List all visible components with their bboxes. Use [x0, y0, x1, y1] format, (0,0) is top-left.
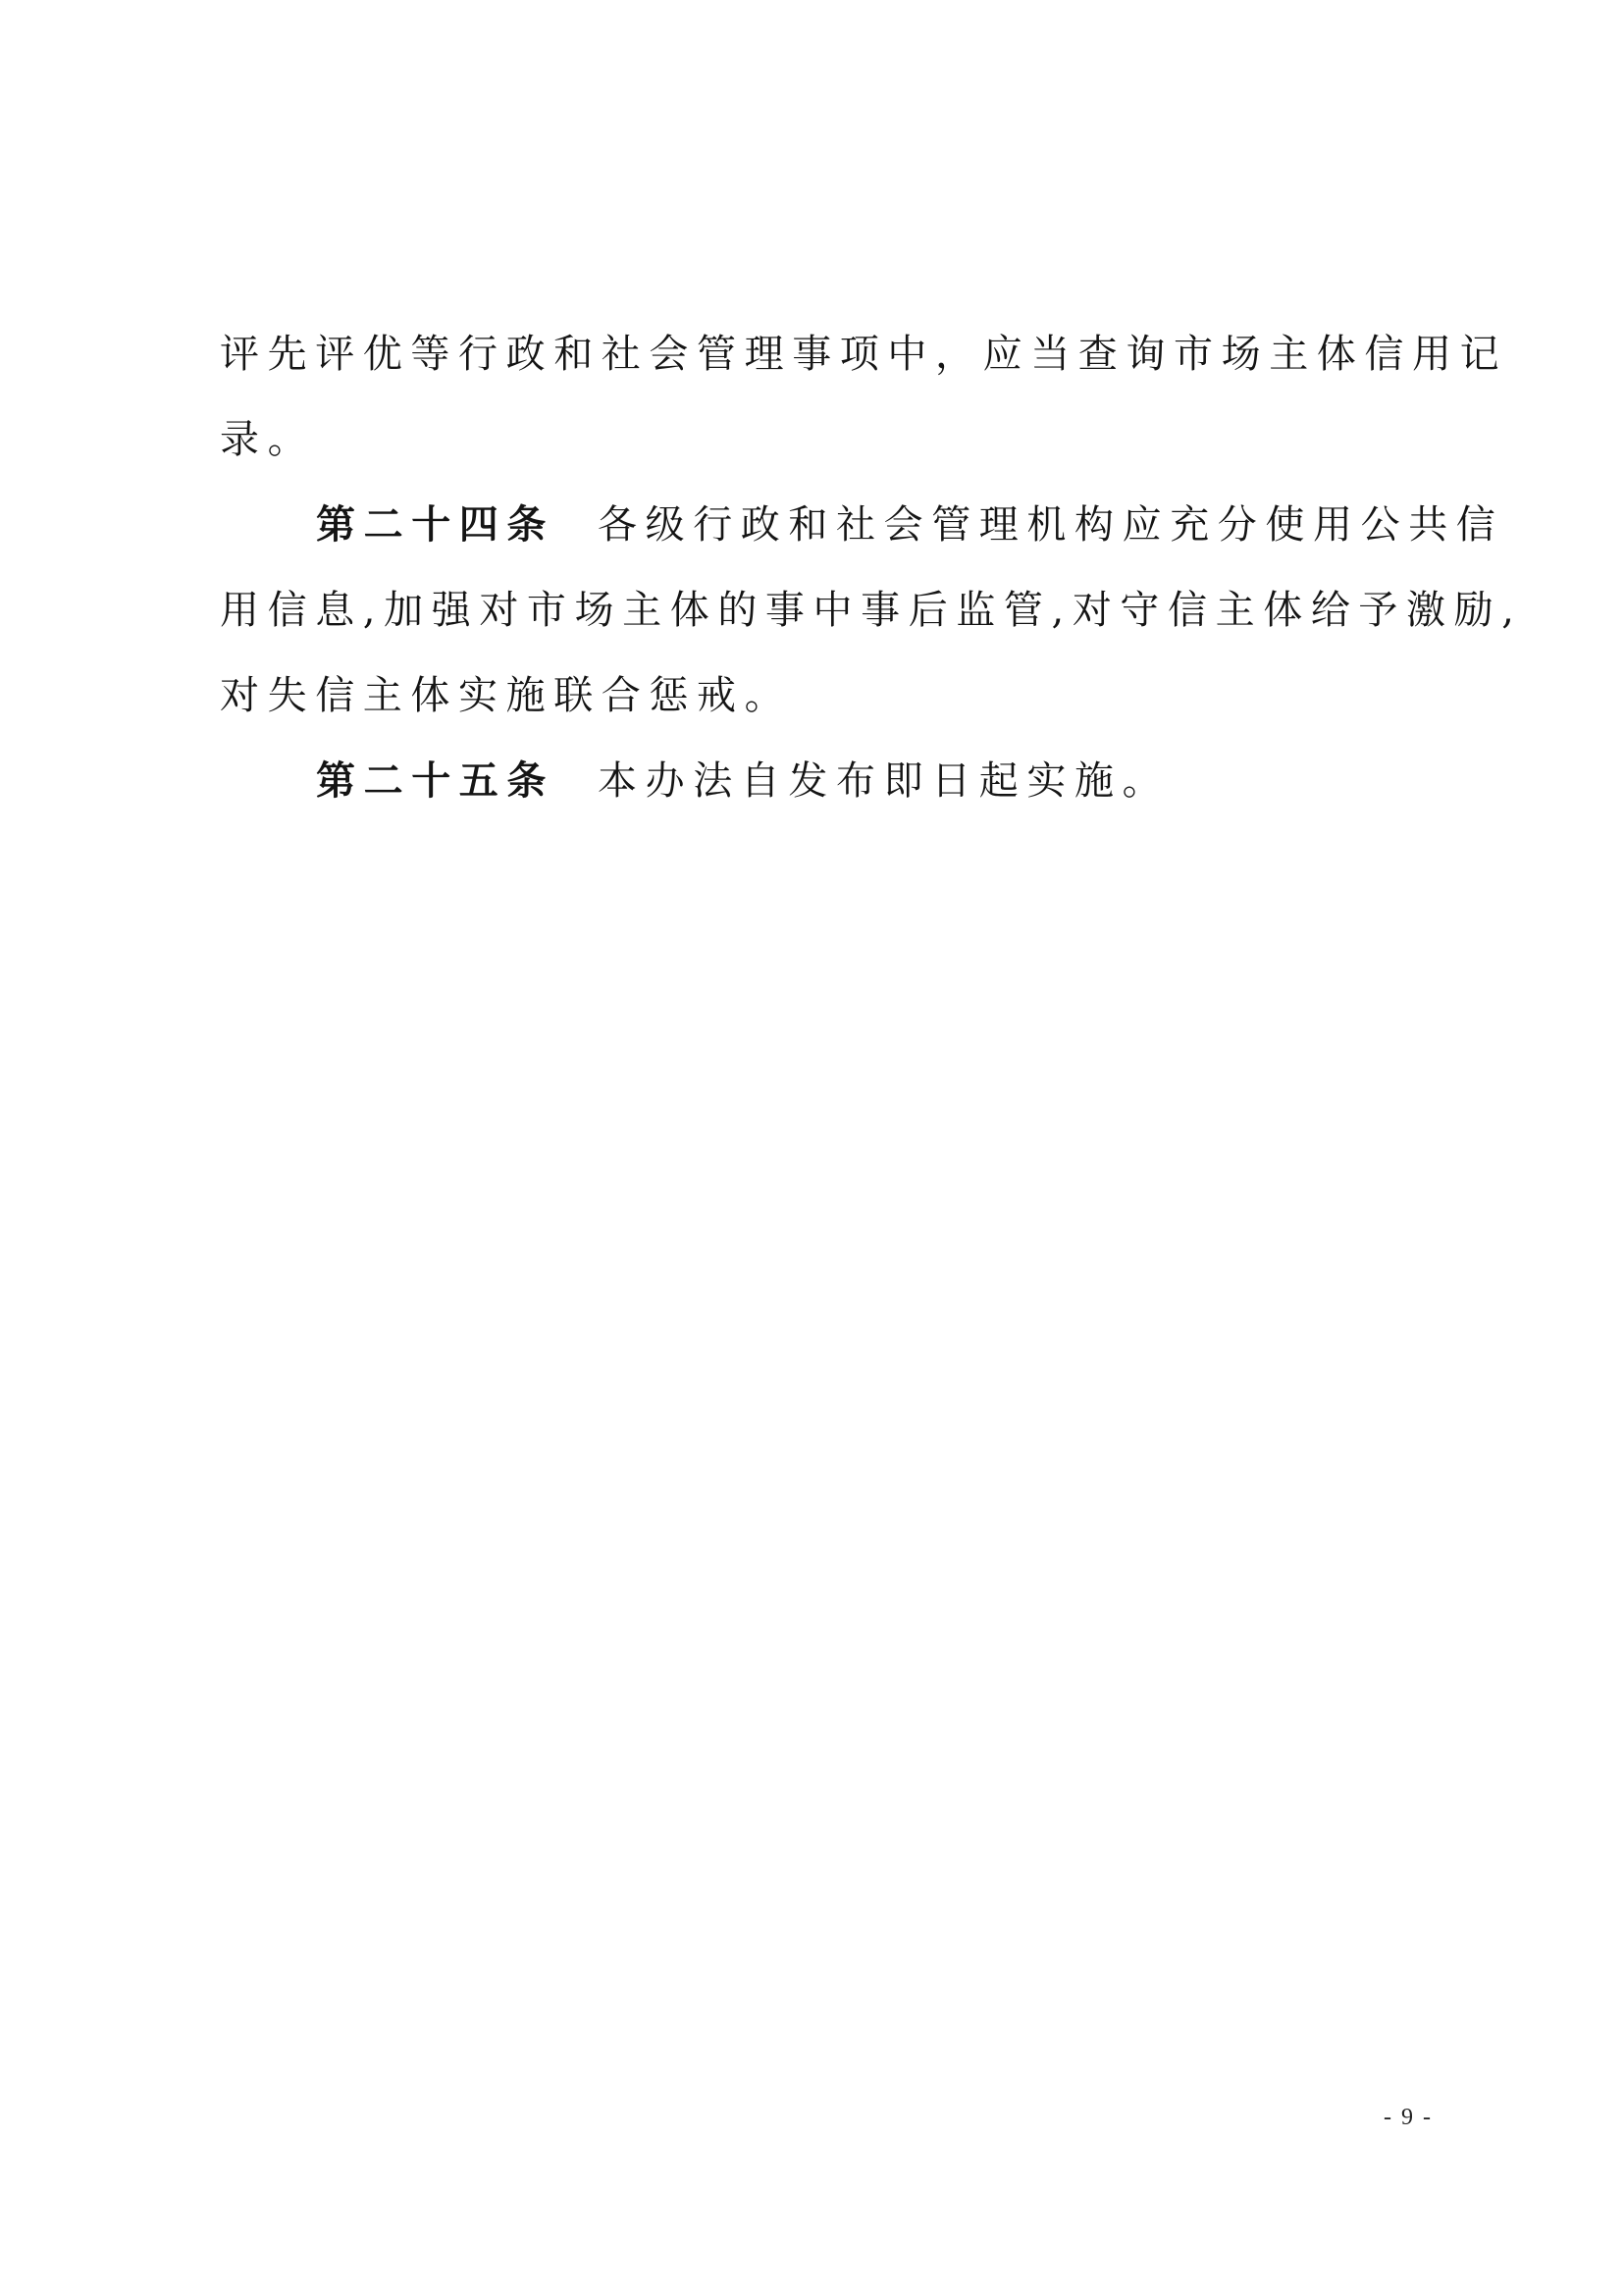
paragraph-line: 录。: [220, 414, 1437, 499]
article-text: 各级行政和社会管理机构应充分使用公共信: [598, 502, 1503, 548]
article-text: 本办法自发布即日起实施。: [598, 758, 1170, 804]
paragraph-line: 评先评优等行政和社会管理事项中，应当查询市场主体信用记: [220, 329, 1437, 414]
article-number: 第二十五条: [316, 757, 554, 804]
article-24-first-line: 第二十四条各级行政和社会管理机构应充分使用公共信: [220, 499, 1437, 585]
article-25-first-line: 第二十五条本办法自发布即日起实施。: [220, 756, 1437, 841]
paragraph-line: 用信息,加强对市场主体的事中事后监管,对守信主体给予激励,: [220, 585, 1437, 670]
article-number: 第二十四条: [316, 501, 554, 548]
paragraph-line: 对失信主体实施联合惩戒。: [220, 670, 1437, 756]
page-number: - 9 -: [1384, 2105, 1433, 2131]
document-page: 评先评优等行政和社会管理事项中，应当查询市场主体信用记 录。 第二十四条各级行政…: [0, 0, 1624, 2296]
document-body: 评先评优等行政和社会管理事项中，应当查询市场主体信用记 录。 第二十四条各级行政…: [220, 329, 1437, 841]
